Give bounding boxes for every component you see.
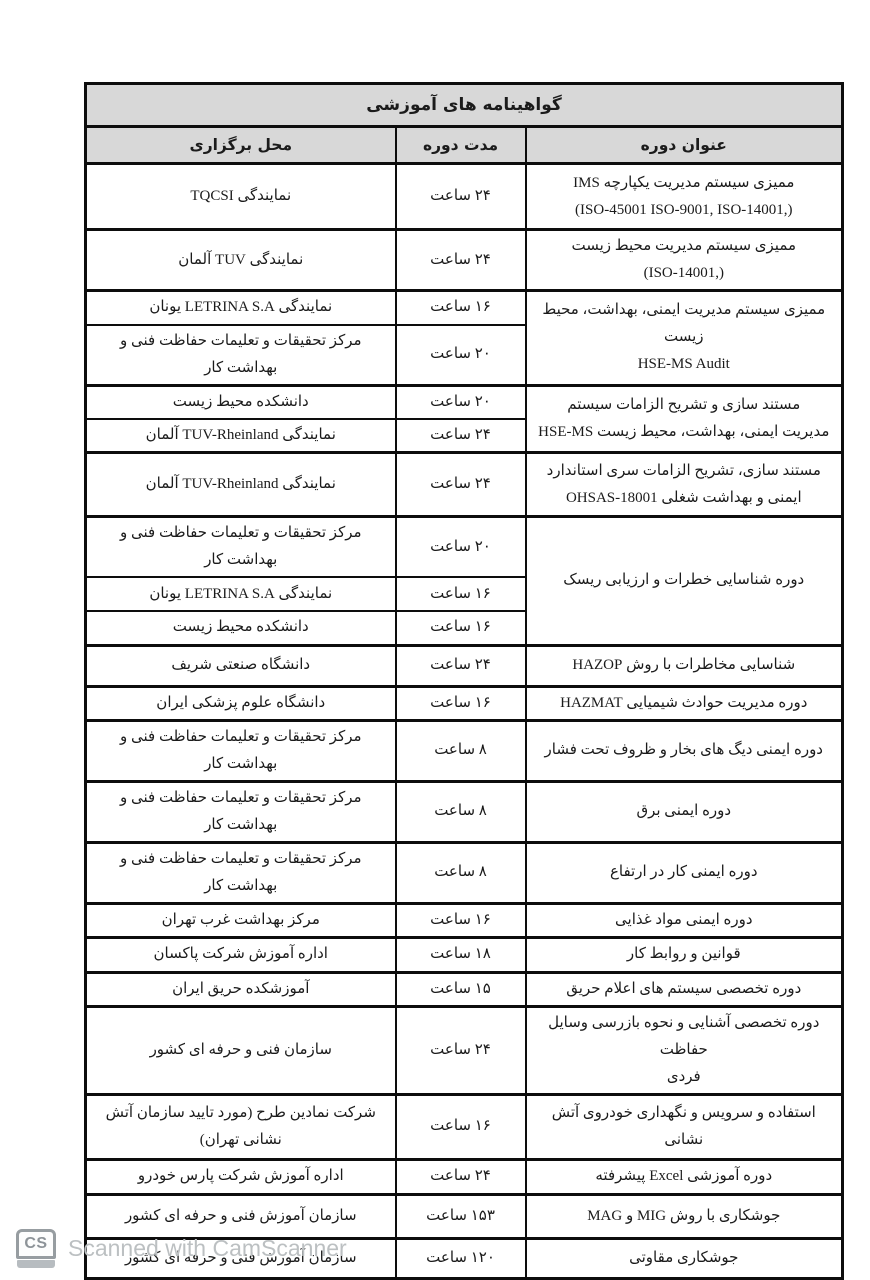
- course-duration-cell: ۱۶ ساعت: [396, 903, 526, 937]
- table-row: دوره ایمنی کار در ارتفاع ۸ ساعت مرکز تحق…: [86, 842, 843, 903]
- course-duration-cell: ۲۴ ساعت: [396, 645, 526, 686]
- course-venue-cell: آموزشکده حریق ایران: [86, 972, 396, 1006]
- course-duration-cell: ۲۰ ساعت: [396, 517, 526, 578]
- course-title-line: دوره شناسایی خطرات و ارزیابی ریسک: [537, 567, 832, 594]
- course-title-cell: دوره شناسایی خطرات و ارزیابی ریسک: [526, 517, 843, 646]
- table-row: مستند سازی، تشریح الزامات سری استاندارد …: [86, 453, 843, 517]
- course-title-cell: دوره تخصصی آشنایی و نحوه بازرسی وسایل حف…: [526, 1006, 843, 1094]
- course-duration-cell: ۱۶ ساعت: [396, 291, 526, 325]
- course-venue-cell: مرکز تحقیقات و تعلیمات حفاظت فنی و بهداش…: [86, 325, 396, 386]
- course-venue-cell: اداره آموزش شرکت پارس خودرو: [86, 1159, 396, 1194]
- course-title-line: مدیریت ایمنی، بهداشت، محیط زیست HSE-MS: [537, 419, 832, 446]
- course-duration-cell: ۱۸ ساعت: [396, 937, 526, 972]
- course-title-cell: مستند سازی و تشریح الزامات سیستم مدیریت …: [526, 385, 843, 453]
- course-duration-cell: ۱۶ ساعت: [396, 1094, 526, 1159]
- course-title-cell: ممیزی سیستم مدیریت ایمنی، بهداشت، محیط ز…: [526, 291, 843, 386]
- course-title-cell: استفاده و سرویس و نگهداری خودروی آتش نشا…: [526, 1094, 843, 1159]
- table-row: دوره آموزشی Excel پیشرفته ۲۴ ساعت اداره …: [86, 1159, 843, 1194]
- course-venue-cell: مرکز بهداشت غرب تهران: [86, 903, 396, 937]
- course-title-cell: جوشکاری مقاوتی: [526, 1238, 843, 1278]
- course-duration-cell: ۲۴ ساعت: [396, 1159, 526, 1194]
- course-duration-cell: ۱۵ ساعت: [396, 972, 526, 1006]
- course-title-cell: قوانین و روابط کار: [526, 937, 843, 972]
- course-duration-cell: ۸ ساعت: [396, 842, 526, 903]
- table-row: دوره مدیریت حوادث شیمیایی HAZMAT ۱۶ ساعت…: [86, 686, 843, 720]
- column-header-course-title: عنوان دوره: [526, 127, 843, 164]
- column-header-duration: مدت دوره: [396, 127, 526, 164]
- course-title-cell: دوره ایمنی مواد غذایی: [526, 903, 843, 937]
- course-duration-cell: ۲۴ ساعت: [396, 164, 526, 230]
- column-header-row: عنوان دوره مدت دوره محل برگزاری: [86, 127, 843, 164]
- table-row: ممیزی سیستم مدیریت ایمنی، بهداشت، محیط ز…: [86, 291, 843, 325]
- course-duration-cell: ۱۲۰ ساعت: [396, 1238, 526, 1278]
- course-title-cell: شناسایی مخاطرات با روش HAZOP: [526, 645, 843, 686]
- camscanner-watermark-text: Scanned with CamScanner: [68, 1235, 347, 1262]
- course-title-line: دوره تخصصی آشنایی و نحوه بازرسی وسایل حف…: [537, 1010, 832, 1064]
- course-venue-cell: سازمان فنی و حرفه ای کشور: [86, 1006, 396, 1094]
- course-duration-cell: ۱۶ ساعت: [396, 611, 526, 645]
- course-title-line: HSE-MS Audit: [537, 351, 832, 378]
- table-row: ممیزی سیستم مدیریت یکپارچه IMS (ISO-4500…: [86, 164, 843, 230]
- table-row: دوره ایمنی برق ۸ ساعت مرکز تحقیقات و تعل…: [86, 781, 843, 842]
- course-venue-cell: دانشکده محیط زیست: [86, 611, 396, 645]
- course-venue-cell: شرکت نمادین طرح (مورد تایید سازمان آتش ن…: [86, 1094, 396, 1159]
- course-title-cell: دوره ایمنی کار در ارتفاع: [526, 842, 843, 903]
- course-title-line: ایمنی و بهداشت شغلی OHSAS-18001: [537, 485, 832, 512]
- course-duration-cell: ۲۰ ساعت: [396, 325, 526, 386]
- course-title-cell: دوره تخصصی سیستم های اعلام حریق: [526, 972, 843, 1006]
- course-title-cell: مستند سازی، تشریح الزامات سری استاندارد …: [526, 453, 843, 517]
- camscanner-logo-icon: CS: [16, 1229, 56, 1268]
- course-title-cell: دوره ایمنی دیگ های بخار و ظروف تحت فشار: [526, 720, 843, 781]
- course-title-line: فردی: [537, 1064, 832, 1091]
- course-title-cell: ممیزی سیستم مدیریت محیط زیست (ISO-14001,…: [526, 230, 843, 291]
- course-title-line: ممیزی سیستم مدیریت ایمنی، بهداشت، محیط: [537, 297, 832, 324]
- course-title-line: ممیزی سیستم مدیریت محیط زیست: [537, 233, 832, 260]
- table-title: گواهینامه های آموزشی: [86, 84, 843, 127]
- camscanner-logo-base: [17, 1260, 55, 1268]
- course-duration-cell: ۲۴ ساعت: [396, 1006, 526, 1094]
- course-title-line: زیست: [537, 324, 832, 351]
- course-duration-cell: ۱۶ ساعت: [396, 577, 526, 611]
- course-venue-cell: دانشکده محیط زیست: [86, 385, 396, 419]
- table-row: قوانین و روابط کار ۱۸ ساعت اداره آموزش ش…: [86, 937, 843, 972]
- course-title-cell: جوشکاری با روش MIG و MAG: [526, 1194, 843, 1238]
- course-title-cell: دوره ایمنی برق: [526, 781, 843, 842]
- course-venue-cell: اداره آموزش شرکت پاکسان: [86, 937, 396, 972]
- course-venue-cell: نمایندگی TUV-Rheinland آلمان: [86, 453, 396, 517]
- course-title-line: (ISO-45001 ISO-9001, ISO-14001,): [537, 197, 832, 224]
- table-row: دوره تخصصی سیستم های اعلام حریق ۱۵ ساعت …: [86, 972, 843, 1006]
- table-title-row: گواهینامه های آموزشی: [86, 84, 843, 127]
- course-venue-cell: نمایندگی TUV آلمان: [86, 230, 396, 291]
- course-venue-cell: مرکز تحقیقات و تعلیمات حفاظت فنی و بهداش…: [86, 781, 396, 842]
- table-row: دوره تخصصی آشنایی و نحوه بازرسی وسایل حف…: [86, 1006, 843, 1094]
- course-duration-cell: ۸ ساعت: [396, 781, 526, 842]
- camscanner-watermark: CS Scanned with CamScanner: [16, 1229, 347, 1268]
- table-row: شناسایی مخاطرات با روش HAZOP ۲۴ ساعت دان…: [86, 645, 843, 686]
- column-header-venue: محل برگزاری: [86, 127, 396, 164]
- course-title-cell: دوره آموزشی Excel پیشرفته: [526, 1159, 843, 1194]
- course-duration-cell: ۸ ساعت: [396, 720, 526, 781]
- course-venue-cell: نمایندگی LETRINA S.A یونان: [86, 291, 396, 325]
- table-row: مستند سازی و تشریح الزامات سیستم مدیریت …: [86, 385, 843, 419]
- course-venue-cell: مرکز تحقیقات و تعلیمات حفاظت فنی و بهداش…: [86, 517, 396, 578]
- course-duration-cell: ۲۴ ساعت: [396, 453, 526, 517]
- course-title-cell: ممیزی سیستم مدیریت یکپارچه IMS (ISO-4500…: [526, 164, 843, 230]
- course-duration-cell: ۱۶ ساعت: [396, 686, 526, 720]
- course-duration-cell: ۲۴ ساعت: [396, 419, 526, 453]
- course-title-cell: دوره مدیریت حوادث شیمیایی HAZMAT: [526, 686, 843, 720]
- course-venue-cell: نمایندگی TUV-Rheinland آلمان: [86, 419, 396, 453]
- course-duration-cell: ۲۴ ساعت: [396, 230, 526, 291]
- course-title-line: مستند سازی، تشریح الزامات سری استاندارد: [537, 458, 832, 485]
- course-title-line: (ISO-14001,): [537, 260, 832, 287]
- course-venue-cell: نمایندگی TQCSI: [86, 164, 396, 230]
- course-duration-cell: ۱۵۳ ساعت: [396, 1194, 526, 1238]
- table-row: دوره شناسایی خطرات و ارزیابی ریسک ۲۰ ساع…: [86, 517, 843, 578]
- course-venue-cell: مرکز تحقیقات و تعلیمات حفاظت فنی و بهداش…: [86, 720, 396, 781]
- certificates-table: گواهینامه های آموزشی عنوان دوره مدت دوره…: [84, 82, 844, 1280]
- document-page: { "table": { "title": "گواهینامه های آمو…: [0, 0, 870, 1280]
- course-title-line: مستند سازی و تشریح الزامات سیستم: [537, 392, 832, 419]
- course-venue-cell: نمایندگی LETRINA S.A یونان: [86, 577, 396, 611]
- course-venue-cell: مرکز تحقیقات و تعلیمات حفاظت فنی و بهداش…: [86, 842, 396, 903]
- course-title-line: ممیزی سیستم مدیریت یکپارچه IMS: [537, 170, 832, 197]
- table-row: دوره ایمنی مواد غذایی ۱۶ ساعت مرکز بهداش…: [86, 903, 843, 937]
- table-row: دوره ایمنی دیگ های بخار و ظروف تحت فشار …: [86, 720, 843, 781]
- table-row: ممیزی سیستم مدیریت محیط زیست (ISO-14001,…: [86, 230, 843, 291]
- course-venue-cell: دانشگاه علوم پزشکی ایران: [86, 686, 396, 720]
- course-venue-cell: دانشگاه صنعتی شریف: [86, 645, 396, 686]
- table-row: استفاده و سرویس و نگهداری خودروی آتش نشا…: [86, 1094, 843, 1159]
- camscanner-logo-label: CS: [16, 1229, 56, 1259]
- course-duration-cell: ۲۰ ساعت: [396, 385, 526, 419]
